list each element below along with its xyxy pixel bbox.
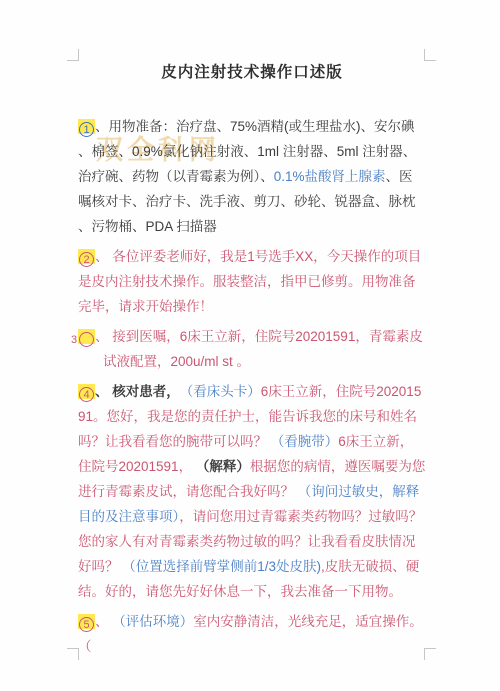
item-number-2: 2	[79, 252, 94, 267]
paragraph-4: 4、 核对患者， （看床头卡）6床王立新，住院号20201591。您好，我是您的…	[78, 379, 426, 604]
item-number-1: 1	[79, 122, 94, 137]
paragraph-1: 1、用物准备：治疗盘、75%酒精(或生理盐水)、安尔碘、棉签、0.9%氯化钠注射…	[78, 114, 426, 239]
text-segment: （看腕带）	[271, 434, 339, 449]
text-segment: 0.1%盐酸肾上腺素	[274, 169, 386, 184]
document-page: 双全科网 皮内注射技术操作口述版 1、用物准备：治疗盘、75%酒精(或生理盐水)…	[0, 0, 500, 691]
text-segment: 、 核对患者，	[95, 384, 187, 399]
text-segment: 、 接到医嘱，6床王立新，住院号20201591，青霉素皮试液配置，200u/m…	[95, 329, 423, 369]
item-number-highlight: 2	[78, 249, 95, 264]
page-title: 皮内注射技术操作口述版	[78, 60, 426, 82]
text-segment: （看床头卡）	[187, 384, 261, 399]
paragraph-3: 3、 接到医嘱，6床王立新，住院号20201591，青霉素皮试液配置，200u/…	[78, 324, 426, 374]
document-content: 皮内注射技术操作口述版 1、用物准备：治疗盘、75%酒精(或生理盐水)、安尔碘、…	[78, 60, 426, 664]
item-number-4: 4	[79, 387, 94, 402]
item-number-highlight: 5	[78, 614, 95, 629]
text-segment: 、	[95, 614, 112, 629]
text-segment: （评估环境）	[112, 614, 193, 629]
text-segment: 、 各位评委老师好，我是1号选手XX，今天操作的项目是皮内注射技术操作。服装整洁…	[78, 249, 421, 314]
paragraph-list: 1、用物准备：治疗盘、75%酒精(或生理盐水)、安尔碘、棉签、0.9%氯化钠注射…	[78, 114, 426, 659]
paragraph-5: 5、 （评估环境）室内安静清洁，光线充足，适宜操作。（	[78, 609, 426, 659]
text-segment: （解释）	[196, 459, 250, 474]
text-segment: （位置选择前臂掌侧前1/3处皮肤)	[122, 559, 321, 574]
item-number-3: 3	[79, 332, 94, 347]
item-number-highlight: 4	[78, 384, 95, 399]
item-number-highlight: 3	[78, 329, 95, 344]
item-number-highlight: 1	[78, 119, 95, 134]
paragraph-2: 2、 各位评委老师好，我是1号选手XX，今天操作的项目是皮内注射技术操作。服装整…	[78, 244, 426, 319]
item-number-5: 5	[79, 617, 94, 632]
